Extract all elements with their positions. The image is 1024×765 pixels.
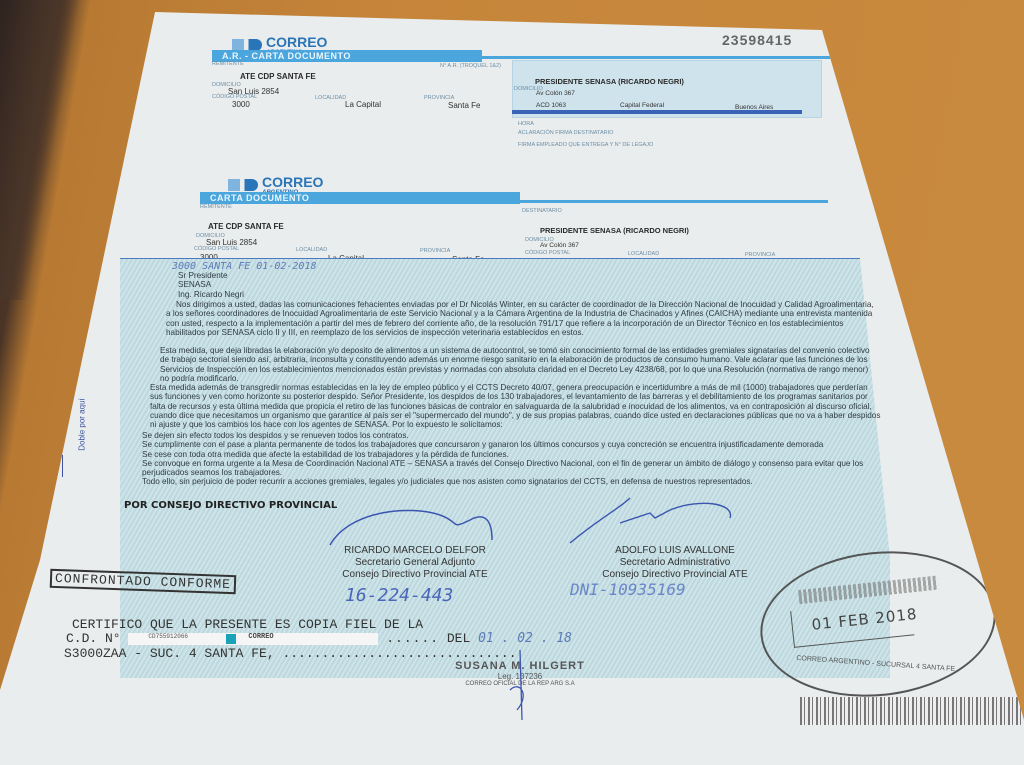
copy1-recipient-name: PRESIDENTE SENASA (RICARDO NEGRI)	[535, 77, 684, 86]
signature-avallone	[560, 488, 750, 548]
cd-number: CD755912066	[148, 633, 188, 640]
copy1-hora-label: HORA	[518, 121, 534, 127]
serial-number: 23598415	[722, 32, 792, 48]
copy1-remitente-label: REMITENTE	[212, 61, 244, 67]
fold-mark-left: Doble por aquí	[78, 398, 87, 450]
copy1-recipient-city: Capital Federal	[620, 102, 664, 109]
request-item: Se dejen sin efecto todos los despidos y…	[142, 431, 892, 440]
cert-branch: S3000ZAA - SUC. 4 SANTA FE,	[64, 646, 275, 661]
copy2-dest-cp-label: CÓDIGO POSTAL	[525, 250, 570, 256]
copy2-band-line	[500, 200, 828, 203]
copy1-sender-city: La Capital	[345, 100, 381, 109]
background-dark-edge	[0, 0, 80, 300]
copy1-sender-cp: 3000	[232, 100, 250, 109]
copy2-localidad-label: LOCALIDAD	[296, 247, 327, 253]
cert-handwritten-date: 01 . 02 . 18	[478, 631, 572, 646]
copy2-recipient-name: PRESIDENTE SENASA (RICARDO NEGRI)	[540, 226, 689, 235]
letter-paragraph-1: Nos dirigimos a usted, dadas las comunic…	[166, 300, 876, 337]
closing-line: POR CONSEJO DIRECTIVO PROVINCIAL	[124, 500, 337, 511]
copy1-recipient-cp: ACD 1063	[536, 102, 566, 109]
cert-line-1: CERTIFICO QUE LA PRESENTE ES COPIA FIEL …	[72, 617, 423, 632]
barcode	[800, 697, 1022, 725]
copy2-destinatario-label: DESTINATARIO	[522, 208, 562, 214]
copy2-dest-localidad-label: LOCALIDAD	[628, 251, 659, 257]
letter-paragraph-2: Esta medida, que deja libradas la elabor…	[160, 346, 875, 383]
postmark-logo-smudge	[798, 576, 939, 605]
letter-paragraph-3: Esta medida además de transgredir normas…	[150, 383, 882, 429]
signatory-1-name: RICARDO MARCELO DELFOR	[300, 545, 530, 557]
carta-documento-sheet: 23598415 CORREOARGENTINO A.R. - CARTA DO…	[0, 0, 1024, 765]
request-item: Se convoque en forma urgente a la Mesa d…	[142, 459, 892, 478]
cd-number-sticker: CD755912066 CORREO	[128, 633, 378, 645]
copy1-ar-label: N° A.R. (Troquel 1&2)	[440, 63, 501, 69]
cert-line-2: C.D. N° CD755912066 CORREO ...... DEL 01…	[66, 631, 572, 646]
brand-name: CORREO	[266, 34, 327, 50]
signatory-2-role: Secretario Administrativo	[560, 557, 790, 569]
copy2-sender-name: ATE CDP SANTA FE	[208, 222, 284, 231]
addressee-line: Ing. Ricardo Negri	[178, 290, 244, 299]
copy1-localidad-label: LOCALIDAD	[315, 95, 346, 101]
cert-dots: ......	[386, 631, 439, 646]
brand-name: CORREO	[262, 174, 323, 190]
copy2-recipient-address: Av Colón 367	[540, 242, 579, 249]
copy2-provincia-label: PROVINCIA	[420, 248, 450, 254]
addressee-line: Sr Presidente	[178, 271, 244, 280]
request-item: Se cese con toda otra medida que afecte …	[142, 450, 892, 459]
copy1-recipient-address: Av Colón 367	[536, 90, 575, 97]
signatory-2-block: ADOLFO LUIS AVALLONE Secretario Administ…	[560, 545, 790, 581]
cert-del: DEL	[447, 631, 470, 646]
request-item: Todo ello, sin perjuicio de poder recurr…	[142, 477, 892, 486]
sticker-color-block	[226, 634, 236, 644]
cert-cd-prefix: C.D. N°	[66, 631, 121, 646]
signatory-1-org: Consejo Directivo Provincial ATE	[300, 569, 530, 581]
copy2-title: CARTA DOCUMENTO	[200, 192, 520, 204]
signatory-2-id-handwritten: DNI-10935169	[570, 580, 686, 599]
copy1-firma-label: FIRMA EMPLEADO QUE ENTREGA Y N° DE LEGAJ…	[518, 142, 653, 148]
request-item: Se cumplimente con el pase a planta perm…	[142, 440, 892, 449]
addressee-line: SENASA	[178, 280, 244, 289]
copy1-aclaracion-label: ACLARACIÓN FIRMA DESTINATARIO	[518, 130, 613, 136]
copy2-remitente-label: REMITENTE	[200, 204, 232, 210]
postmark-ring-text: CORREO ARGENTINO - SUCURSAL 4 SANTA FE	[796, 655, 955, 673]
fold-mark-left-line	[62, 455, 63, 477]
correo-logo-icon	[228, 179, 258, 191]
fold-mark-right: Doble por aquí	[942, 396, 960, 449]
official-signature	[505, 650, 535, 730]
letter-top-rule	[120, 258, 860, 259]
signatory-1-role: Secretario General Adjunto	[300, 557, 530, 569]
copy1-title: A.R. - CARTA DOCUMENTO	[212, 50, 482, 62]
copy1-sender-province: Santa Fe	[448, 101, 480, 110]
cert-dots: ..............................	[282, 646, 516, 661]
copy1-carbon-line	[512, 110, 802, 114]
signatory-1-id-handwritten: 16-224-443	[345, 585, 453, 606]
signatory-1-block: RICARDO MARCELO DELFOR Secretario Genera…	[300, 545, 530, 581]
sticker-logo: CORREO	[248, 633, 273, 641]
copy1-sender-name: ATE CDP SANTA FE	[240, 72, 316, 81]
copy2-cp-label: CÓDIGO POSTAL	[194, 246, 239, 252]
copy1-band-line	[462, 56, 832, 59]
signatory-2-name: ADOLFO LUIS AVALLONE	[560, 545, 790, 557]
cert-line-3: S3000ZAA - SUC. 4 SANTA FE, ............…	[64, 646, 517, 661]
